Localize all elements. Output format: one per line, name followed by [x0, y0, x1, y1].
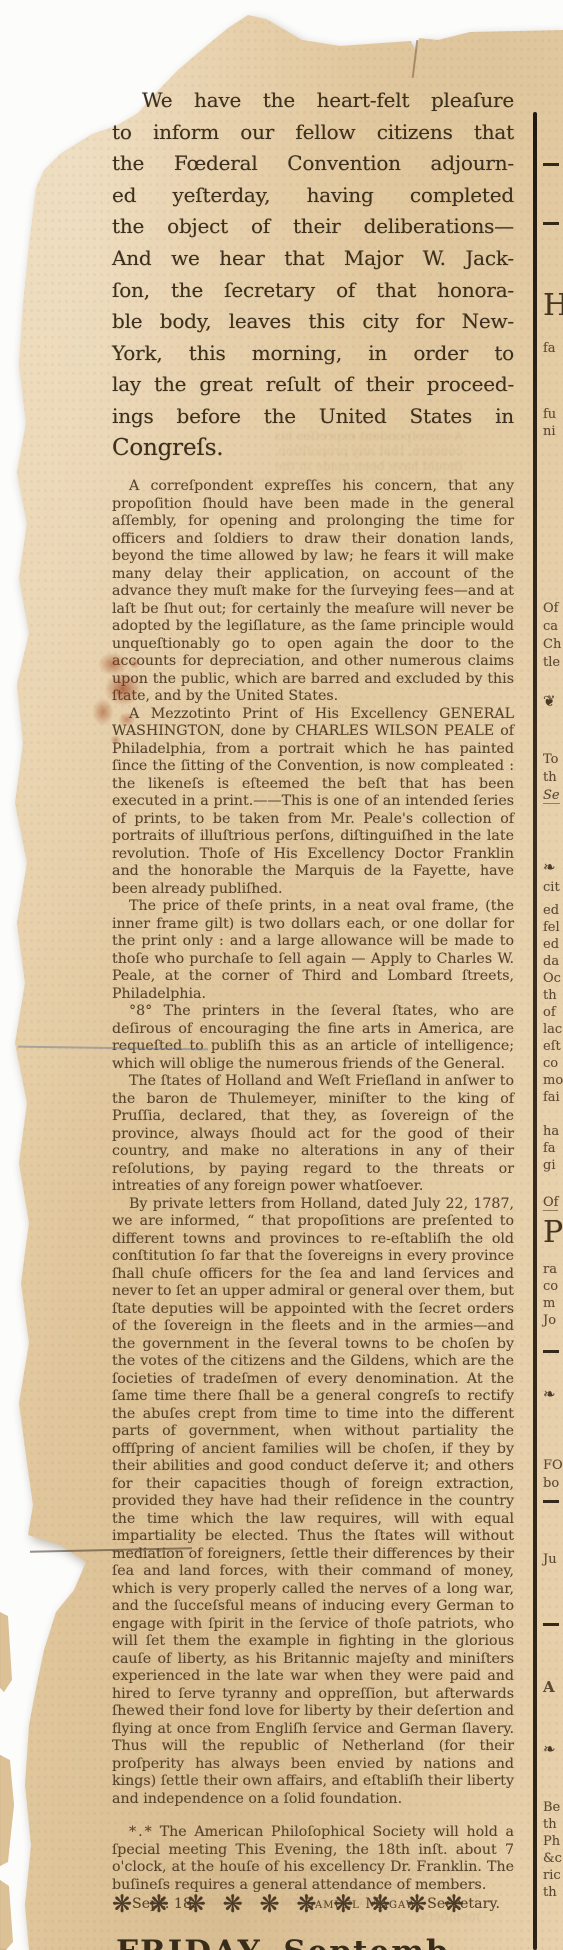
- lead-line: York, this morning, in order to: [112, 338, 514, 370]
- lead-line: ble body, leaves this city for New-: [112, 306, 514, 338]
- fragment-text: Be: [543, 1800, 560, 1815]
- fragment-text: ni: [543, 424, 556, 439]
- fragment-text: To: [543, 752, 559, 767]
- fragment-text: P: [543, 1215, 563, 1250]
- fragment-text: mo: [543, 1073, 563, 1088]
- fragment-text: of: [543, 1005, 556, 1020]
- news-paragraph: °8° The printers in the ſeveral ſtates, …: [112, 1003, 514, 1073]
- fleuron-icon: ❋: [296, 1890, 316, 1918]
- fragment-text: da: [543, 954, 559, 969]
- fragment-text: th: [543, 988, 557, 1003]
- fragment-text: cit: [543, 880, 560, 895]
- fragment-text: fai: [543, 1090, 560, 1105]
- ornament-row: ❋❋❋❋❋❋❋❋❋❋: [112, 1890, 464, 1918]
- fragment-text: Ph: [543, 1834, 560, 1849]
- fragment-rule: [543, 1623, 559, 1626]
- fragment-text: &c: [543, 1851, 562, 1866]
- fragment-text: Of: [543, 1195, 558, 1211]
- lead-line: lay the great reſult of their proceed-: [112, 369, 514, 401]
- fragment-text: fa: [543, 341, 556, 356]
- fragment-ornament-icon: ❦: [543, 692, 556, 710]
- lead-line: the Fœderal Convention adjourn-: [112, 148, 514, 180]
- notice-body: *.*The American Philoſophical Society wi…: [112, 1824, 514, 1894]
- fragment-ornament-icon: ❧: [543, 1740, 556, 1758]
- fragment-text: Ch: [543, 637, 561, 652]
- lead-paragraph: We have the heart-felt pleaſureto inform…: [112, 85, 514, 464]
- fragment-text: FO: [543, 1458, 563, 1473]
- fragment-text: ed: [543, 937, 559, 952]
- fragment-text: lac: [543, 1022, 562, 1037]
- fragment-text: ra: [543, 1262, 557, 1277]
- fragment-text: m: [543, 1296, 555, 1311]
- fragment-text: co: [543, 1056, 558, 1071]
- fleuron-icon: ❋: [444, 1890, 464, 1918]
- fragment-text: Of: [543, 601, 558, 616]
- fleuron-icon: ❋: [407, 1890, 427, 1918]
- fragment-text: ric: [543, 1868, 561, 1883]
- lead-line: Congreſs.: [112, 433, 514, 465]
- fragment-text: tle: [543, 655, 560, 670]
- fragment-text: ca: [543, 619, 558, 634]
- right-column-fragments: HfafuniOfcaChtle❦TothSe❧citedfeleddaOcth…: [543, 0, 563, 1950]
- fragment-ornament-icon: ❧: [543, 1385, 556, 1403]
- column-divider-rule: [533, 112, 537, 1950]
- fragment-text: A: [543, 1678, 555, 1696]
- fragment-text: fel: [543, 920, 560, 935]
- news-paragraph: A correſpondent expreſſes his concern, t…: [112, 478, 514, 706]
- fleuron-icon: ❋: [333, 1890, 353, 1918]
- lead-line: ed yeſterday, having completed: [112, 180, 514, 212]
- lead-line: And we hear that Major W. Jack-: [112, 243, 514, 275]
- fragment-rule: [543, 222, 559, 225]
- notice-text: The American Philoſophical Society will …: [112, 1824, 514, 1893]
- lead-line: the object of their deliberations—: [112, 211, 514, 243]
- fragment-text: eſt: [543, 1039, 561, 1054]
- main-text-column: We have the heart-felt pleaſureto inform…: [112, 85, 514, 1914]
- lead-line: ings before the United States in: [112, 401, 514, 433]
- fragment-text: H: [543, 288, 563, 323]
- lead-line: to inform our fellow citizens that: [112, 117, 514, 149]
- fleuron-icon: ❋: [149, 1890, 169, 1918]
- newspaper-scan-page: We have the heart-felt pleaſureto inform…: [0, 0, 563, 1950]
- fragment-rule: [543, 163, 559, 166]
- fleuron-icon: ❋: [112, 1890, 132, 1918]
- fragment-text: th: [543, 1885, 557, 1900]
- fragment-text: th: [543, 770, 557, 785]
- paragraphs: A correſpondent expreſſes his concern, t…: [112, 478, 514, 1808]
- fragment-text: th: [543, 1817, 557, 1832]
- fragment-text: fu: [543, 407, 556, 422]
- fragment-text: ha: [543, 1124, 559, 1139]
- fragment-text: fa: [543, 1141, 556, 1156]
- lead-line: ſon, the ſecretary of that honora-: [112, 275, 514, 307]
- fleuron-icon: ❋: [370, 1890, 390, 1918]
- news-paragraph: The ſtates of Holland and Weſt Frieſland…: [112, 1073, 514, 1196]
- fragment-text: Oc: [543, 971, 561, 986]
- news-paragraph: The price of theſe prints, in a neat ova…: [112, 898, 514, 1003]
- fragment-text: gi: [543, 1158, 555, 1173]
- news-paragraph: A Mezzotinto Print of His Excellency GEN…: [112, 706, 514, 899]
- fleuron-icon: ❋: [186, 1890, 206, 1918]
- fragment-text: Se: [543, 788, 560, 804]
- fragment-rule: [543, 1500, 559, 1503]
- fragment-text: Ju: [543, 1552, 557, 1567]
- fragment-text: bo: [543, 1476, 559, 1491]
- fragment-text: co: [543, 1279, 558, 1294]
- next-issue-headline: FRIDAY, Septemb: [116, 1934, 516, 1950]
- fragment-rule: [543, 1350, 559, 1353]
- lead-line: We have the heart-felt pleaſure: [112, 85, 514, 117]
- fragment-ornament-icon: ❧: [543, 858, 556, 876]
- fleuron-icon: ❋: [260, 1890, 280, 1918]
- fragment-text: ed: [543, 903, 559, 918]
- asterism-mark: *.*: [129, 1824, 160, 1840]
- news-paragraph: By private letters from Holland, dated J…: [112, 1196, 514, 1809]
- fragment-text: Jo: [543, 1313, 556, 1328]
- fleuron-icon: ❋: [223, 1890, 243, 1918]
